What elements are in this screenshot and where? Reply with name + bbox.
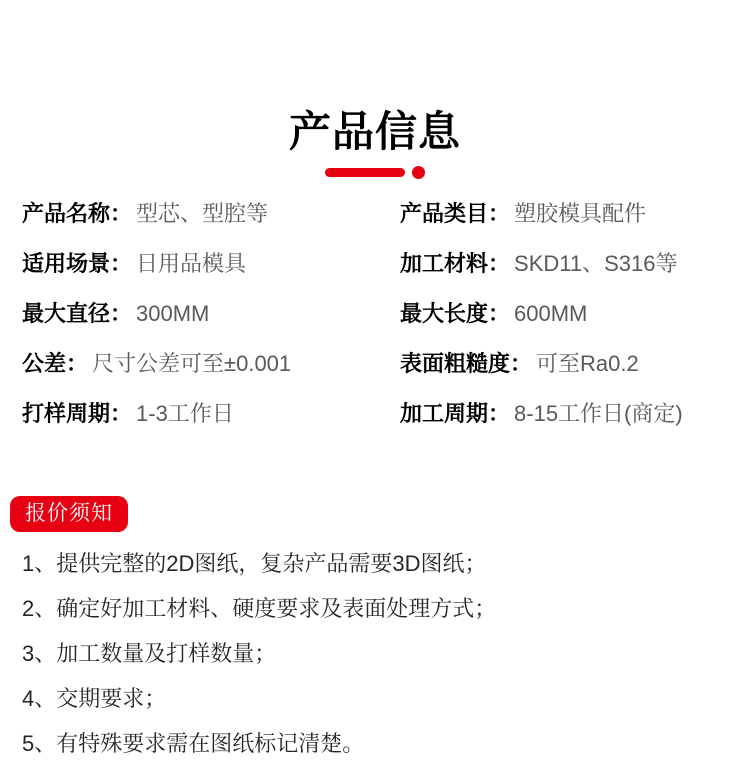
field-label: 产品名称： (22, 197, 132, 228)
page-title: 产品信息 (0, 108, 750, 156)
field-max-diameter: 最大直径： 300MM (22, 297, 400, 328)
field-label: 表面粗糙度： (400, 347, 532, 378)
field-value: 可至Ra0.2 (536, 347, 639, 378)
field-surface-roughness: 表面粗糙度： 可至Ra0.2 (400, 347, 734, 378)
field-value: 日用品模具 (136, 247, 246, 278)
field-processing-material: 加工材料： SKD11、S316等 (400, 247, 734, 278)
notice-list-item: 3、加工数量及打样数量； (22, 631, 738, 676)
field-product-name: 产品名称： 型芯、型腔等 (22, 197, 400, 228)
info-row-4: 公差： 尺寸公差可至±0.001 表面粗糙度： 可至Ra0.2 (22, 337, 734, 387)
field-tolerance: 公差： 尺寸公差可至±0.001 (22, 347, 400, 378)
field-label: 产品类目： (400, 197, 510, 228)
field-value: 600MM (514, 301, 587, 327)
field-value: 300MM (136, 301, 209, 327)
info-row-3: 最大直径： 300MM 最大长度： 600MM (22, 287, 734, 337)
notice-badge: 报价须知 (10, 496, 128, 532)
field-label: 加工材料： (400, 247, 510, 278)
info-row-1: 产品名称： 型芯、型腔等 产品类目： 塑胶模具配件 (22, 187, 734, 237)
field-value: SKD11、S316等 (514, 247, 677, 278)
field-label: 最大长度： (400, 297, 510, 328)
field-application-scene: 适用场景： 日用品模具 (22, 247, 400, 278)
info-row-5: 打样周期： 1-3工作日 加工周期： 8-15工作日(商定) (22, 387, 734, 437)
field-max-length: 最大长度： 600MM (400, 297, 734, 328)
field-label: 公差： (22, 347, 88, 378)
notice-list-item: 5、有特殊要求需在图纸标记清楚。 (22, 721, 738, 764)
field-value: 尺寸公差可至±0.001 (92, 347, 291, 378)
field-value: 塑胶模具配件 (514, 197, 646, 228)
field-value: 8-15工作日(商定) (514, 397, 683, 428)
product-info-page: 产品信息 产品名称： 型芯、型腔等 产品类目： 塑胶模具配件 适用场景： 日用品… (0, 0, 750, 764)
field-value: 1-3工作日 (136, 397, 234, 428)
field-processing-cycle: 加工周期： 8-15工作日(商定) (400, 397, 734, 428)
field-sampling-cycle: 打样周期： 1-3工作日 (22, 397, 400, 428)
field-label: 打样周期： (22, 397, 132, 428)
title-underline-icon (0, 166, 750, 179)
field-product-category: 产品类目： 塑胶模具配件 (400, 197, 734, 228)
underline-bar-icon (325, 168, 405, 177)
page-header: 产品信息 (0, 108, 750, 179)
field-label: 最大直径： (22, 297, 132, 328)
field-value: 型芯、型腔等 (136, 197, 268, 228)
notice-list: 1、提供完整的2D图纸，复杂产品需要3D图纸； 2、确定好加工材料、硬度要求及表… (22, 541, 738, 764)
notice-list-item: 4、交期要求； (22, 676, 738, 721)
product-info-grid: 产品名称： 型芯、型腔等 产品类目： 塑胶模具配件 适用场景： 日用品模具 加工… (22, 187, 734, 437)
underline-dot-icon (412, 166, 425, 179)
field-label: 加工周期： (400, 397, 510, 428)
notice-list-item: 2、确定好加工材料、硬度要求及表面处理方式； (22, 586, 738, 631)
field-label: 适用场景： (22, 247, 132, 278)
notice-list-item: 1、提供完整的2D图纸，复杂产品需要3D图纸； (22, 541, 738, 586)
info-row-2: 适用场景： 日用品模具 加工材料： SKD11、S316等 (22, 237, 734, 287)
